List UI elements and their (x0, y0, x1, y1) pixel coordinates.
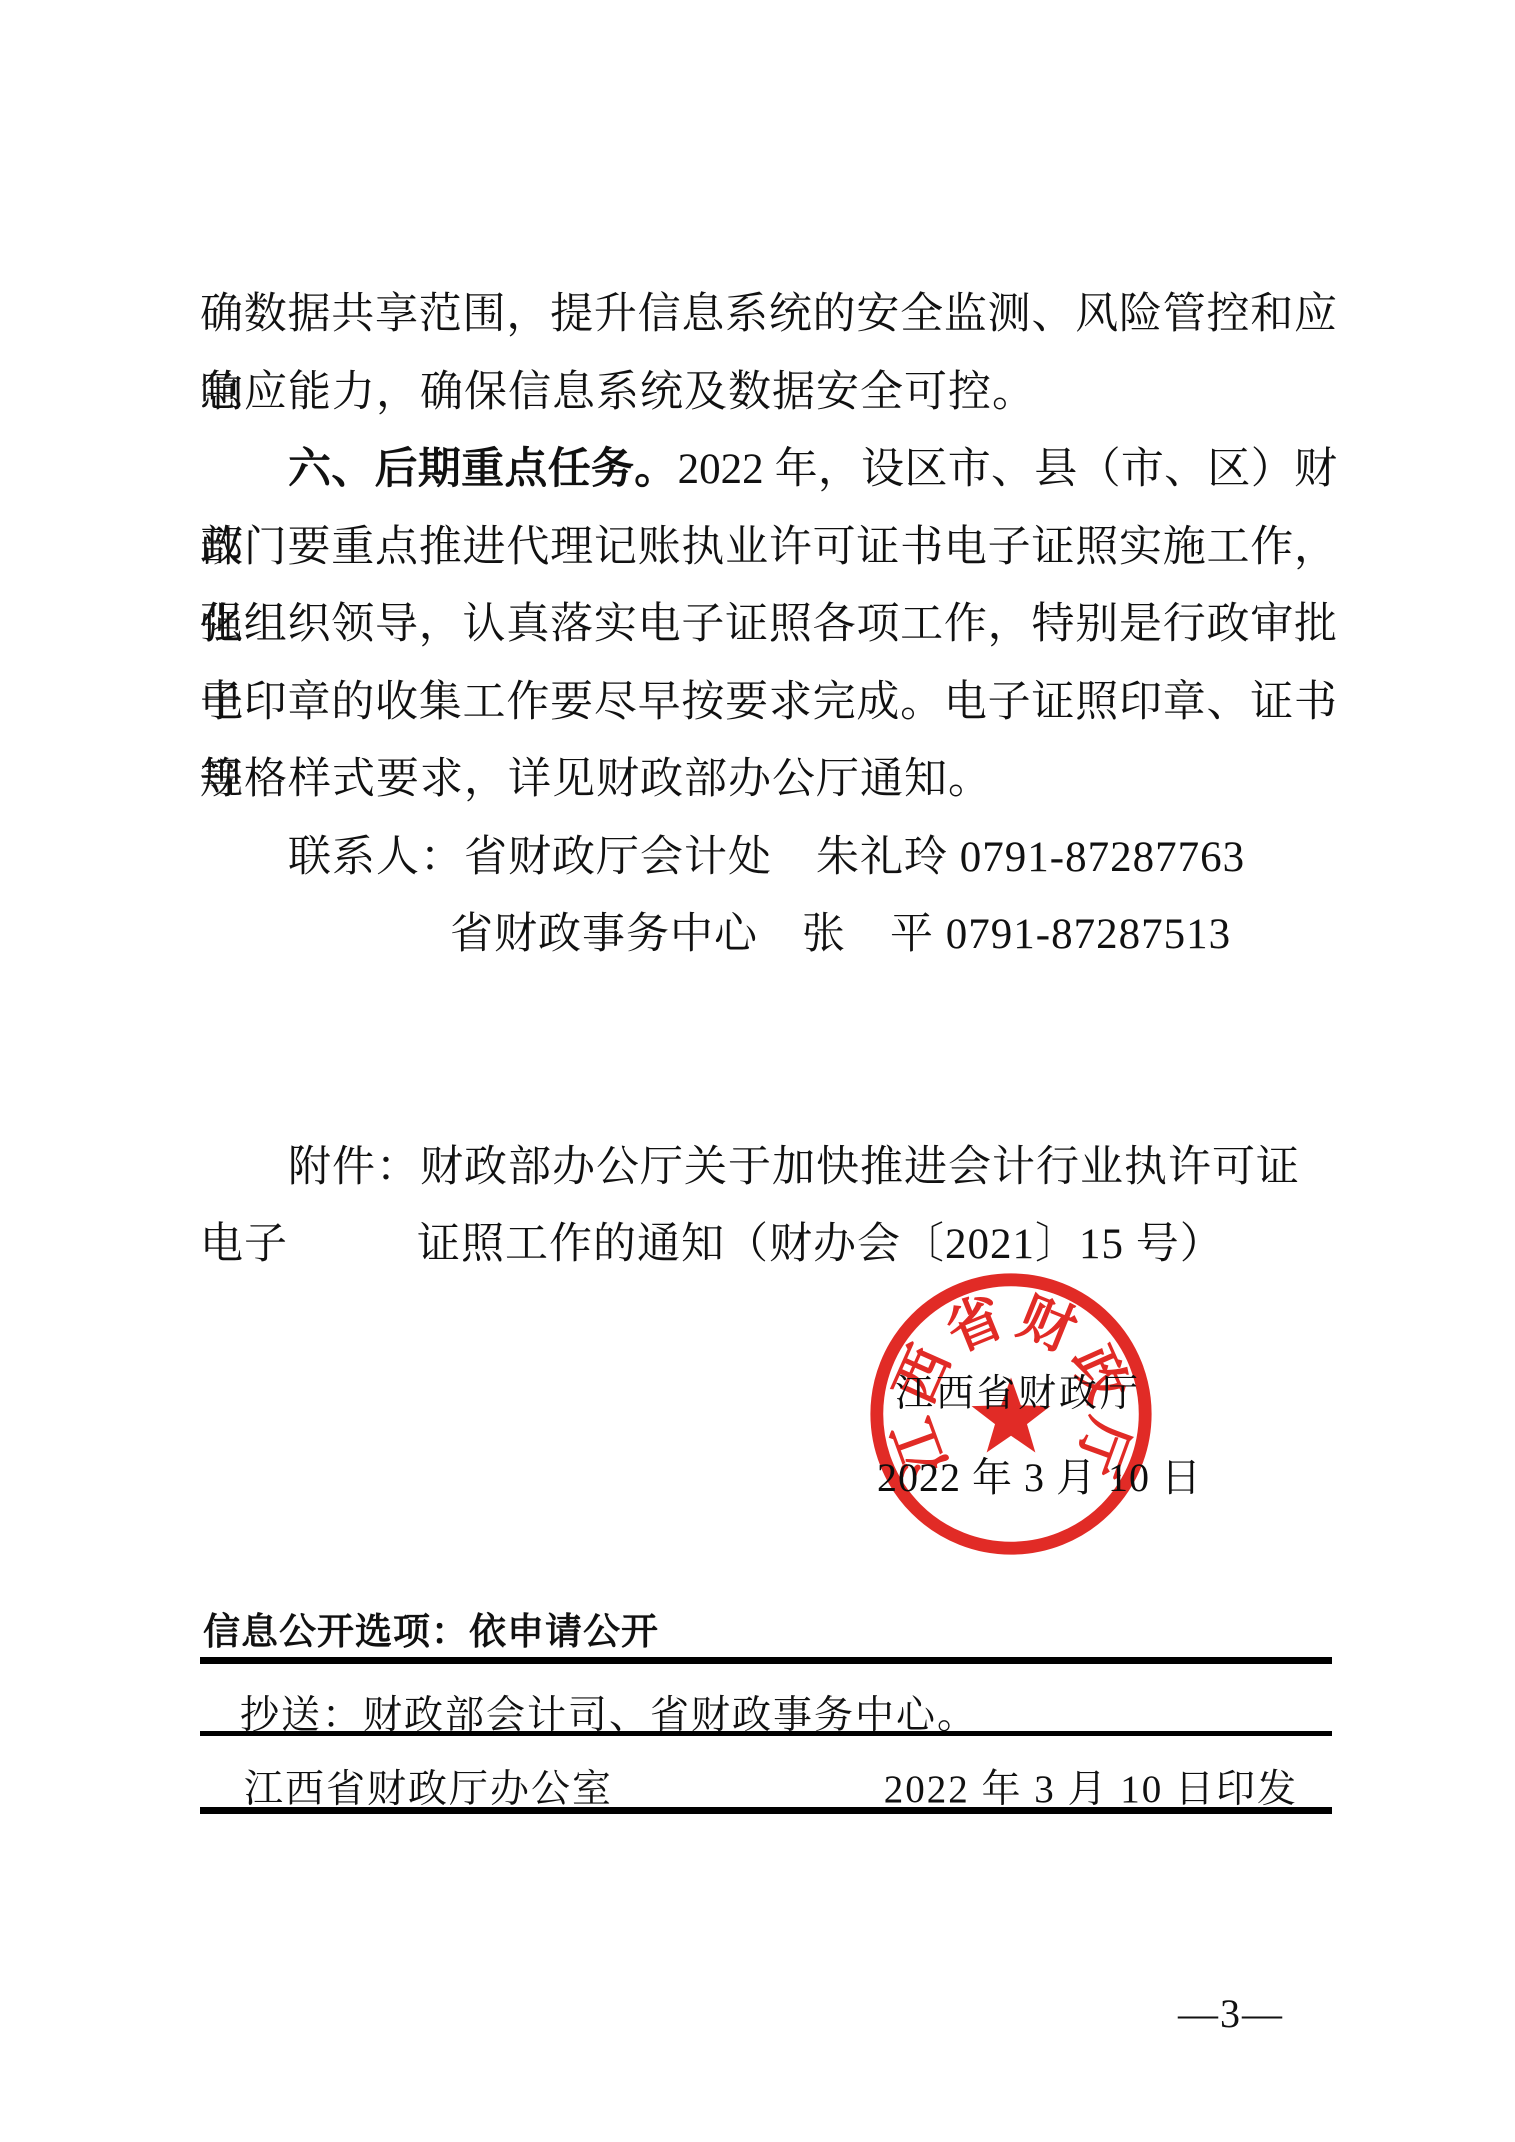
issuer-office: 江西省财政厅办公室 (244, 1758, 613, 1814)
issuer-row: 江西省财政厅办公室 2022 年 3 月 10 日印发 (200, 1758, 1332, 1814)
blank-space (200, 974, 1337, 1129)
body-line: 化组织领导，认真落实电子证照各项工作，特别是行政审批电 (200, 586, 1337, 664)
body-line: 部门要重点推进代理记账执业许可证书电子证照实施工作，强 (200, 509, 1337, 587)
body-line: 子印章的收集工作要尽早按要求完成。电子证照印章、证书等 (200, 664, 1337, 742)
signature-authority: 江西省财政厅 (895, 1362, 1141, 1417)
signature-date: 2022 年 3 月 10 日 (877, 1446, 1202, 1503)
page-number: —3— (1178, 1990, 1284, 2037)
section-heading: 六、后期重点任务。 (288, 445, 678, 493)
print-date: 2022 年 3 月 10 日印发 (884, 1758, 1298, 1814)
contact-line: 省财政事务中心 张 平 0791-87287513 (200, 896, 1337, 974)
footer-rule-bottom (200, 1807, 1332, 1814)
body-line-heading: 六、后期重点任务。2022 年，设区市、县（市、区）财政 (200, 431, 1337, 509)
footer-rule-middle (200, 1731, 1332, 1736)
footer-rule-top (200, 1657, 1332, 1664)
body-line: 响应能力，确保信息系统及数据安全可控。 (200, 354, 1337, 432)
document-body: 确数据共享范围，提升信息系统的安全监测、风险管控和应急 响应能力，确保信息系统及… (200, 276, 1337, 1284)
disclosure-option-label: 信息公开选项：依申请公开 (203, 1601, 659, 1655)
body-line: 确数据共享范围，提升信息系统的安全监测、风险管控和应急 (200, 276, 1337, 354)
document-page: 确数据共享范围，提升信息系统的安全监测、风险管控和应急 响应能力，确保信息系统及… (0, 0, 1515, 2142)
body-line: 规格样式要求，详见财政部办公厅通知。 (200, 741, 1337, 819)
attachment-line: 证照工作的通知（财办会〔2021〕15 号） (200, 1206, 1337, 1284)
attachment-line: 附件：财政部办公厅关于加快推进会计行业执许可证电子 (200, 1129, 1337, 1207)
contact-line: 联系人：省财政厅会计处 朱礼玲 0791-87287763 (200, 819, 1337, 897)
